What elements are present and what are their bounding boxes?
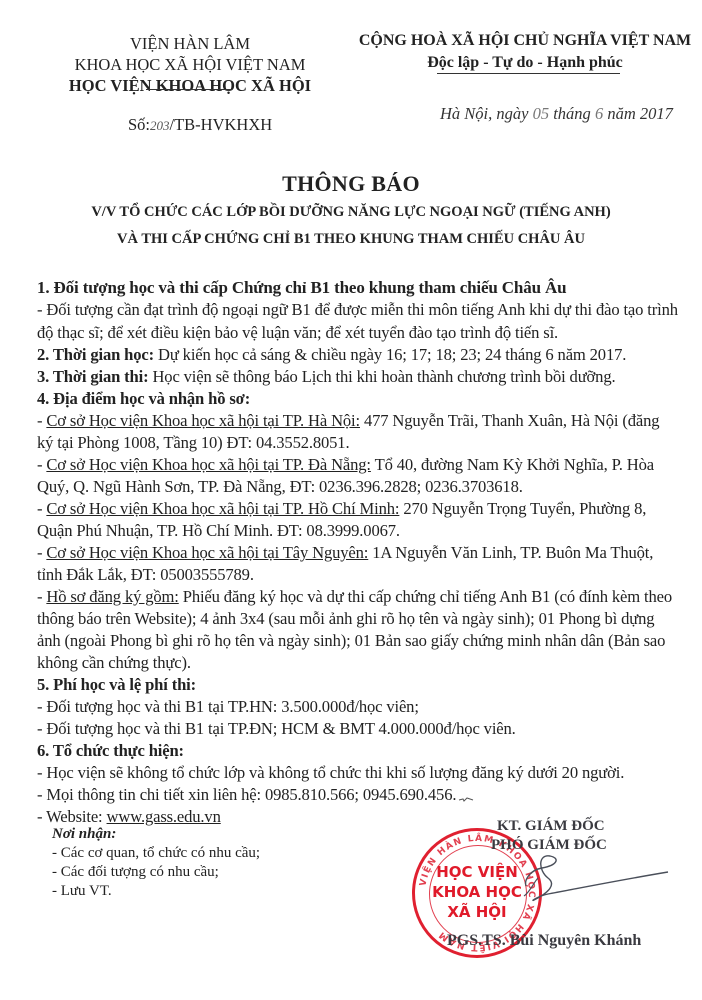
fee-line: - Đối tượng học và thi B1 tại TP.HN: 3.5…: [37, 697, 419, 717]
section-1-heading: 1. Đối tượng học và thi cấp Chứng chỉ B1…: [37, 278, 566, 298]
location-label: Cơ sở Học viện Khoa học xã hội tại TP. H…: [46, 411, 360, 430]
document-subtitle-line1: V/V TỔ CHỨC CÁC LỚP BỒI DƯỠNG NĂNG LỰC N…: [0, 204, 702, 221]
location-hcm: - Cơ sở Học viện Khoa học xã hội tại TP.…: [37, 499, 646, 519]
pen-mark: [458, 789, 474, 795]
section-3-text: Học viện sẽ thông báo Lịch thi khi hoàn …: [148, 367, 615, 386]
dossier-line: ảnh (ngoài Phong bì ghi rõ họ tên và ngà…: [37, 631, 665, 651]
document-number: Số:203/TB-HVKHXH: [128, 115, 272, 135]
location-label: Cơ sở Học viện Khoa học xã hội tại TP. Đ…: [46, 455, 371, 474]
location-danang-cont: Quý, Q. Ngũ Hành Sơn, TP. Đà Nẵng, ĐT: 0…: [37, 477, 523, 497]
website-line: - Website: www.gass.edu.vn: [37, 807, 221, 827]
section-4-heading: 4. Địa điểm học và nhận hồ sơ:: [37, 389, 250, 409]
agency-name-line1: VIỆN HÀN LÂM: [30, 34, 350, 54]
section-5-heading: 5. Phí học và lệ phí thi:: [37, 675, 196, 695]
document-subtitle-line2: VÀ THI CẤP CHỨNG CHỈ B1 THEO KHUNG THAM …: [0, 231, 702, 248]
location-label: Cơ sở Học viện Khoa học xã hội tại TP. H…: [46, 499, 399, 518]
dossier-label: Hồ sơ đăng ký gồm:: [46, 587, 178, 606]
dossier-requirements: - Hồ sơ đăng ký gồm: Phiếu đăng ký học v…: [37, 587, 672, 607]
signature-title-line1: KT. GIÁM ĐỐC: [497, 818, 605, 835]
section-6-heading: 6. Tổ chức thực hiện:: [37, 741, 184, 761]
section-1-line: - Đối tượng cần đạt trình độ ngoại ngữ B…: [37, 300, 678, 320]
document-title: THÔNG BÁO: [0, 171, 702, 197]
date-month: 6: [595, 104, 603, 123]
location-hanoi-cont: ký tại Phòng 1008, Tầng 10) ĐT: 04.3552.…: [37, 433, 349, 453]
section-2-heading: 2. Thời gian học:: [37, 345, 154, 364]
recipients-heading: Nơi nhận:: [52, 826, 116, 843]
header-left-underline: [146, 89, 232, 90]
document-number-value: 203: [150, 118, 170, 133]
header-right-underline: [437, 73, 620, 74]
implementation-line: - Học viện sẽ không tổ chức lớp và không…: [37, 763, 624, 783]
national-motto: Độc lập - Tự do - Hạnh phúc: [350, 54, 700, 72]
document-date: Hà Nội, ngày 05 tháng 6 năm 2017: [440, 104, 673, 124]
location-label: Cơ sở Học viện Khoa học xã hội tại Tây N…: [46, 543, 368, 562]
signer-name: PGS.TS. Bùi Nguyên Khánh: [447, 932, 641, 950]
dossier-line: không cần chứng thực).: [37, 653, 191, 673]
recipient-item: - Lưu VT.: [52, 883, 112, 900]
section-3: 3. Thời gian thi: Học viện sẽ thông báo …: [37, 367, 615, 387]
location-hanoi: - Cơ sở Học viện Khoa học xã hội tại TP.…: [37, 411, 659, 431]
section-2-text: Dự kiến học cả sáng & chiều ngày 16; 17;…: [154, 345, 626, 364]
location-hcm-cont: Quận Phú Nhuận, TP. Hồ Chí Minh. ĐT: 08.…: [37, 521, 400, 541]
contact-line: - Mọi thông tin chi tiết xin liên hệ: 09…: [37, 785, 456, 805]
handwritten-signature: [520, 850, 670, 910]
section-1-line: độ thạc sĩ; để xét điều kiện bảo vệ luận…: [37, 323, 558, 343]
location-taynguyen-cont: tỉnh Đắk Lắk, ĐT: 05003555789.: [37, 565, 254, 585]
fee-line: - Đối tượng học và thi B1 tại TP.ĐN; HCM…: [37, 719, 516, 739]
recipient-item: - Các đối tượng có nhu cầu;: [52, 864, 219, 881]
location-danang: - Cơ sở Học viện Khoa học xã hội tại TP.…: [37, 455, 654, 475]
agency-name-line2: KHOA HỌC XÃ HỘI VIỆT NAM: [30, 55, 350, 75]
date-day: 05: [533, 104, 550, 123]
section-2: 2. Thời gian học: Dự kiến học cả sáng & …: [37, 345, 626, 365]
section-3-heading: 3. Thời gian thi:: [37, 367, 148, 386]
institution-name: HỌC VIỆN KHOA HỌC XÃ HỘI: [30, 76, 350, 96]
national-title: CỘNG HOÀ XÃ HỘI CHỦ NGHĨA VIỆT NAM: [350, 32, 700, 50]
recipient-item: - Các cơ quan, tổ chức có nhu cầu;: [52, 845, 260, 862]
dossier-line: thông báo trên Website); 4 ảnh 3x4 (sau …: [37, 609, 654, 629]
location-taynguyen: - Cơ sở Học viện Khoa học xã hội tại Tây…: [37, 543, 653, 563]
website-link[interactable]: www.gass.edu.vn: [107, 807, 221, 826]
